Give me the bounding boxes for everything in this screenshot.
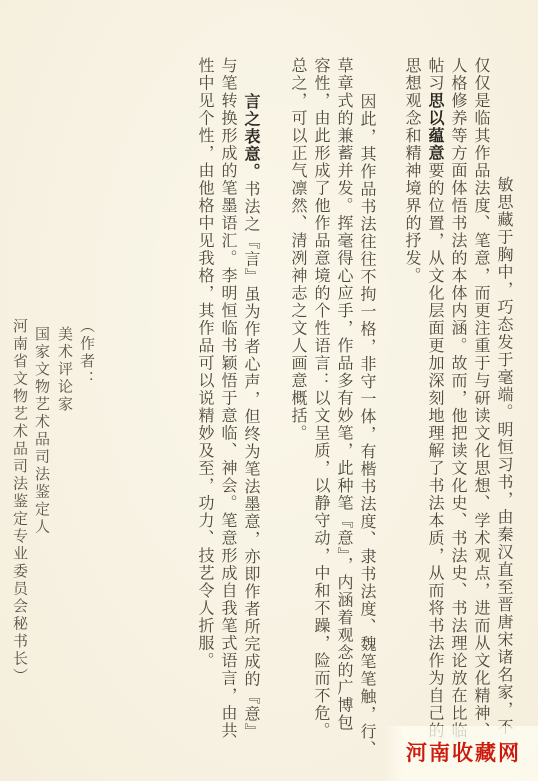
author-credit-column-author-4: 河南省文物艺术品司法鉴定专业委员会秘书长） [9,318,31,686]
body-text-segment: 与笔转换形成的笔墨语汇。李明恒临书颖悟于意临、神会。笔意形成自我笔式语言，由共 [219,57,238,740]
body-text-segment: 人格修养等方面体悟书法的本体内涵。故而，他把读文化史、书法史、书法理论放在比临 [449,57,468,740]
scanned-document-page: 敏思藏于胸中，巧态发于毫端。明恒习书，由秦汉直至晋唐宋诸名家，不仅仅是临其作品法… [0,0,538,781]
author-credit-column-author-1: （作者： [76,318,98,388]
bold-inline-header: 言之表意。 [242,93,261,181]
text-column-col-10: 言之表意。书法之『言』虽为作者心声，但终为笔法墨意，亦即作者所完成的『意』 [240,93,263,741]
body-text-segment: 思想观念和精神境界的抒发。 [403,57,422,285]
text-column-col-9: 总之，可以正气凛然、清冽神志之文人画意概括。 [287,57,310,442]
text-column-col-2: 仅仅是临其作品法度、笔意，而更注重于与研读文化思想、学术观点，进而从文化精神、 [470,57,493,740]
text-column-col-12: 性中见个性，由他格中见我格，其作品可以说精妙及至，功力、技艺令人折服。 [194,57,217,670]
body-text-segment: 草章式的兼蓄并发。挥毫得心应手，作品多有妙笔，此种笔『意』，内涵着观念的广博包 [335,57,354,732]
author-credit-column-author-2: 美术评论家 [54,326,76,414]
bold-inline-header: 思以蕴意 [426,92,445,162]
body-text-segment: 容性，由此形成了他作品意境的个性语言：以文呈质，以静守动，中和不躁，险而不危。 [312,57,331,740]
body-text-segment: 因此，其作品书法往往不拘一格，非守一体，有楷书法度、隶书法度、魏笔笔触，行、 [358,93,377,758]
text-column-col-3: 人格修养等方面体悟书法的本体内涵。故而，他把读文化史、书法史、书法理论放在比临 [447,57,470,740]
body-text-segment: 帖习 [426,57,445,92]
text-column-col-4: 帖习思以蕴意要的位置，从文化层面更加深刻地理解了书法本质，从而将书法作为自己的 [424,57,447,740]
body-text-segment: 仅仅是临其作品法度、笔意，而更注重于与研读文化思想、学术观点，进而从文化精神、 [472,57,491,740]
watermark-henan-collection: 河南收藏网 [406,737,521,767]
text-column-col-11: 与笔转换形成的笔墨语汇。李明恒临书颖悟于意临、神会。笔意形成自我笔式语言，由共 [217,57,240,740]
body-text-segment: 敏思藏于胸中，巧态发于毫端。明恒习书，由秦汉直至晋唐宋诸名家，不 [495,176,514,736]
text-column-col-6: 因此，其作品书法往往不拘一格，非守一体，有楷书法度、隶书法度、魏笔笔触，行、 [356,93,379,758]
author-credit-column-author-3: 国家文物艺术品司法鉴定人 [31,326,53,536]
text-column-col-8: 容性，由此形成了他作品意境的个性语言：以文呈质，以静守动，中和不躁，险而不危。 [310,57,333,740]
text-column-col-7: 草章式的兼蓄并发。挥毫得心应手，作品多有妙笔，此种笔『意』，内涵着观念的广博包 [333,57,356,732]
body-text-segment: 要的位置，从文化层面更加深刻地理解了书法本质，从而将书法作为自己的 [426,162,445,740]
body-text-segment: 书法之『言』虽为作者心声，但终为笔法墨意，亦即作者所完成的『意』 [242,181,261,741]
body-text-segment: 性中见个性，由他格中见我格，其作品可以说精妙及至，功力、技艺令人折服。 [196,57,215,670]
body-text-segment: 总之，可以正气凛然、清冽神志之文人画意概括。 [289,57,308,442]
text-column-col-5: 思想观念和精神境界的抒发。 [401,57,424,285]
text-column-col-1: 敏思藏于胸中，巧态发于毫端。明恒习书，由秦汉直至晋唐宋诸名家，不 [493,176,516,736]
